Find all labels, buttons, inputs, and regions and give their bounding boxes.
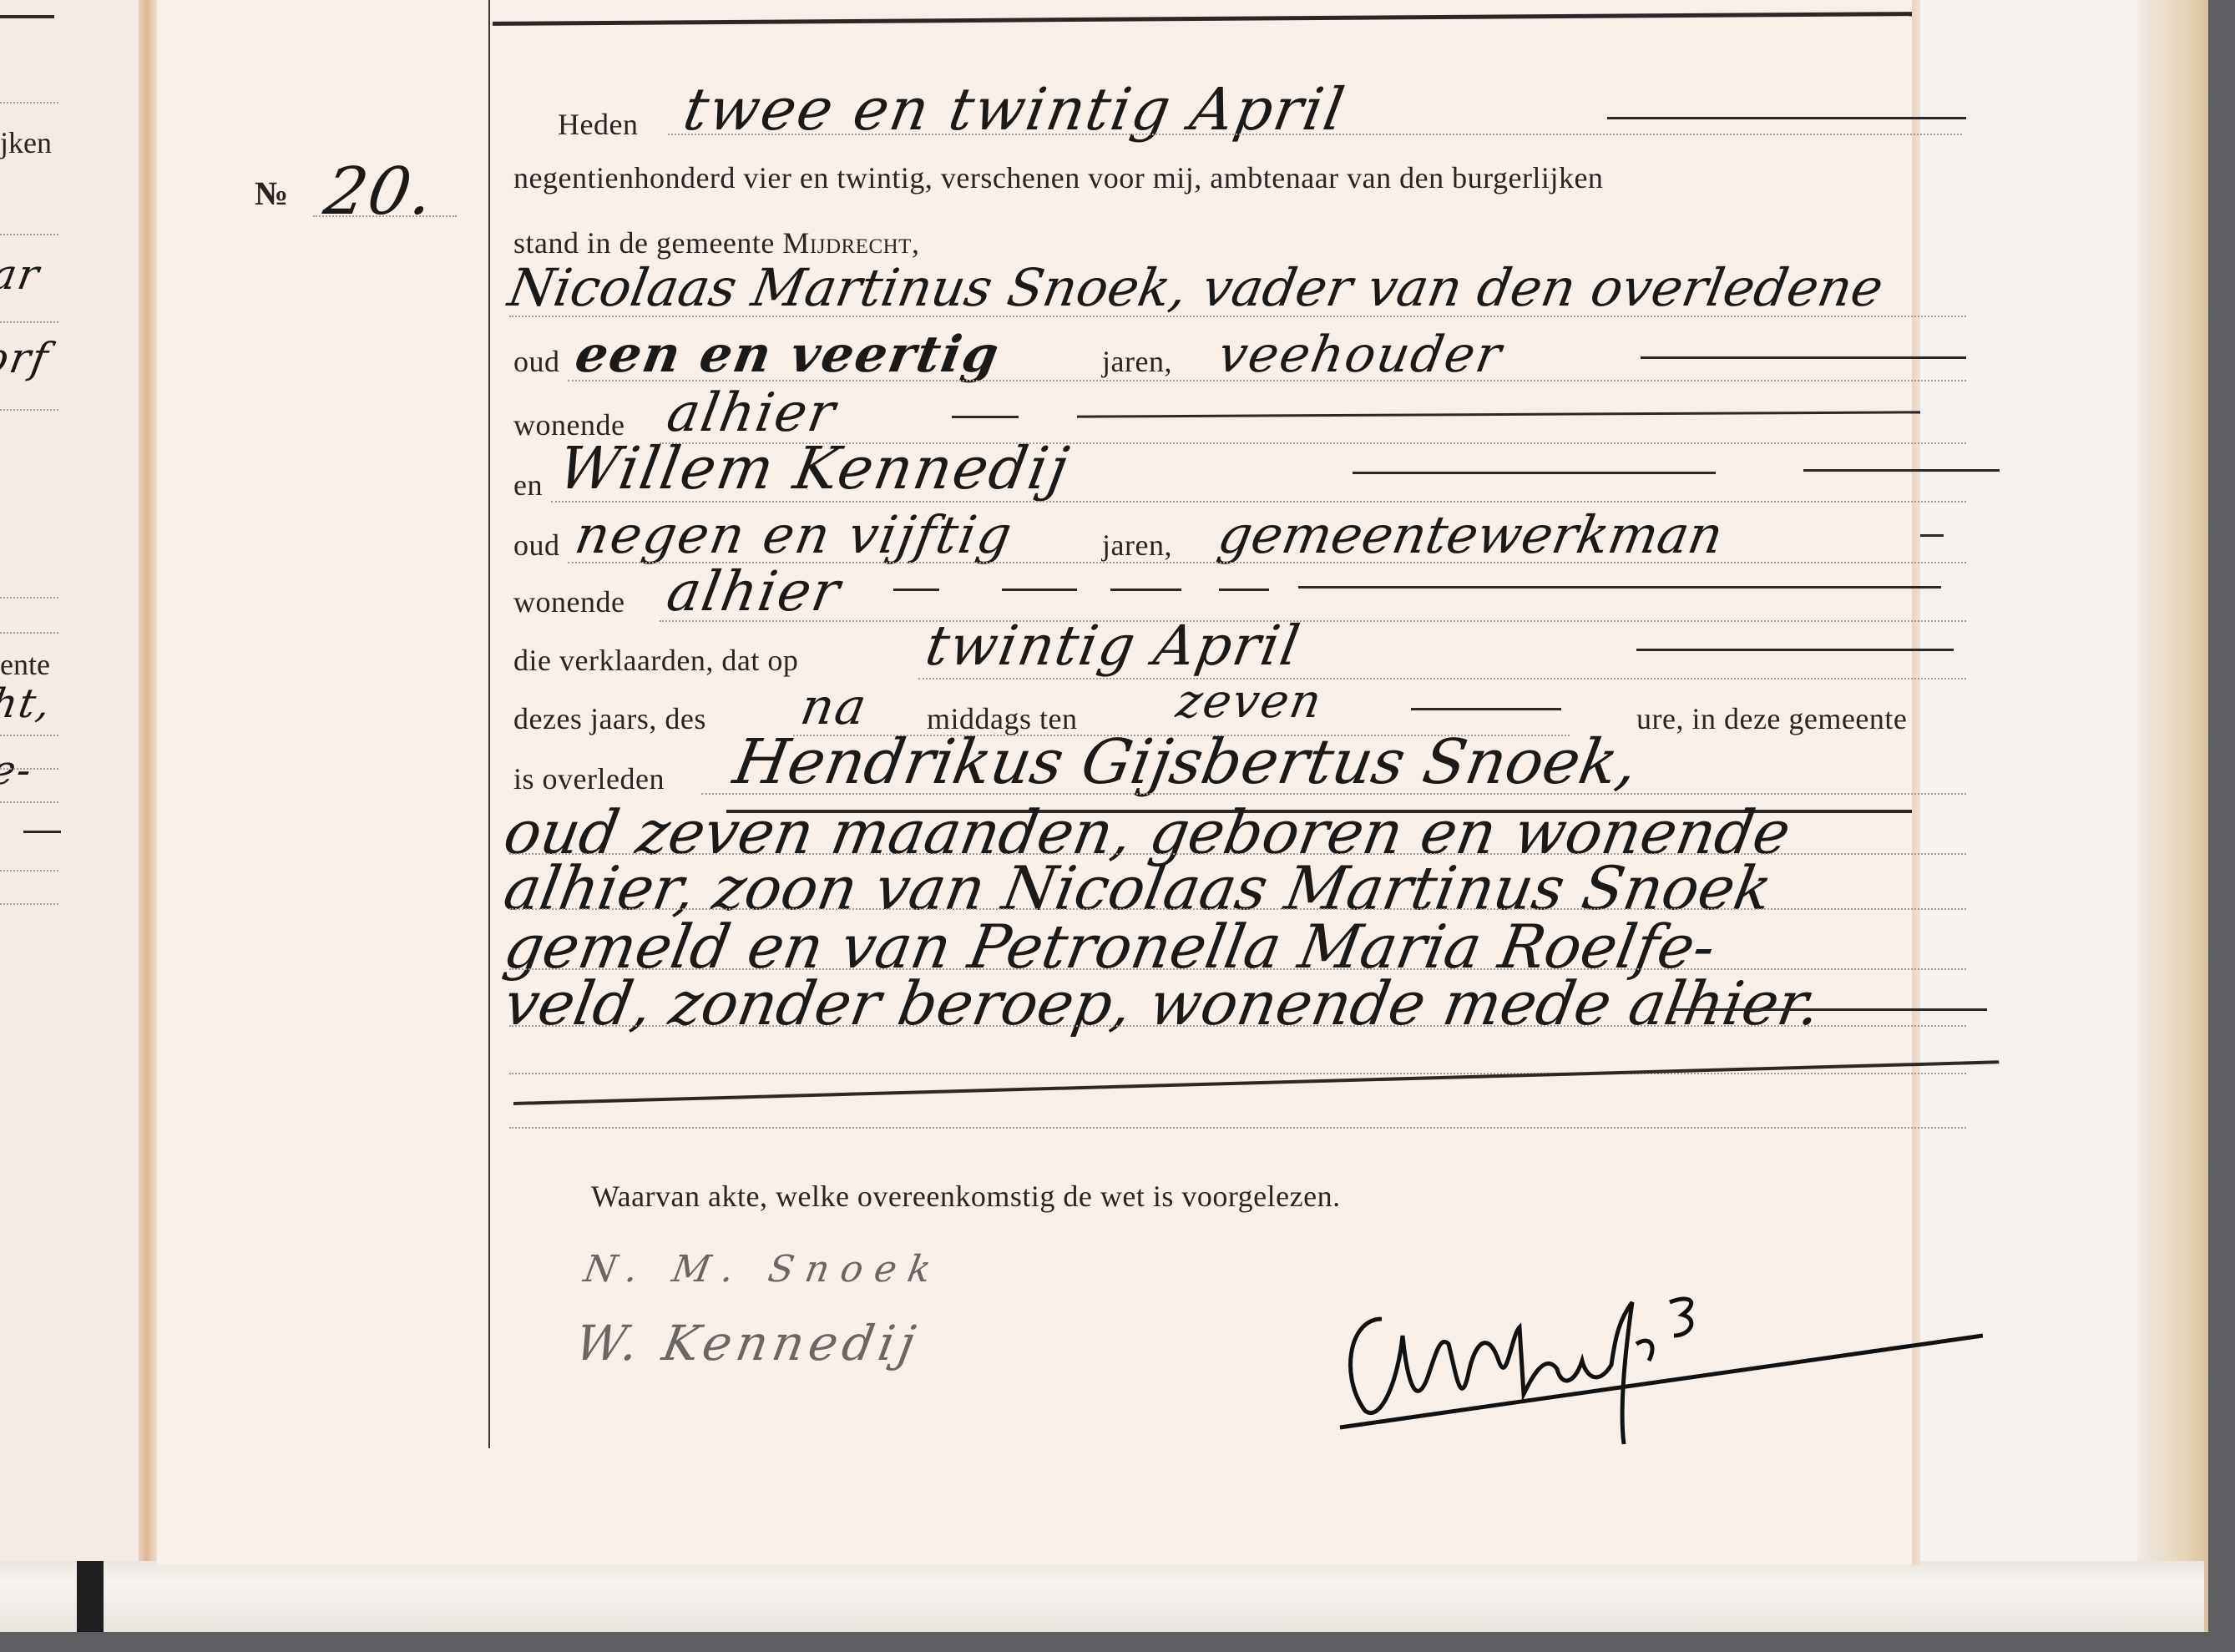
- record-number: 20.: [319, 154, 441, 230]
- printed-oud: oud: [513, 344, 560, 379]
- printed-wonende2: wonende: [513, 584, 624, 619]
- left-page-fragment: ht,: [0, 680, 55, 727]
- printed-line3: stand in de gemeente Mijdrecht,: [513, 225, 919, 260]
- signature-official: [1332, 1286, 1983, 1452]
- printed-verklaarden: die verklaarden, dat op: [513, 643, 798, 678]
- handwritten-line16: veld, zonder beroep, wonende mede alhier…: [499, 968, 1826, 1038]
- handwritten-age1: een en veertig: [571, 326, 1004, 384]
- handwritten-deceased-name: Hendrikus Gijsbertus Snoek,: [728, 726, 1643, 798]
- book-spine: [77, 1561, 104, 1632]
- bottom-strip: [0, 1561, 2204, 1632]
- official-signature-icon: [1332, 1286, 1983, 1452]
- handwritten-occupation1: veehouder: [1214, 326, 1507, 384]
- handwritten-age2: negen en vijftig: [571, 504, 1018, 565]
- printed-dezes-jaars: dezes jaars, des: [513, 701, 706, 736]
- handwritten-hour: zeven: [1172, 674, 1327, 729]
- printed-jaren2: jaren,: [1102, 528, 1172, 563]
- left-page-fragment: ente: [0, 647, 50, 682]
- handwritten-occupation2: gemeentewerkman: [1214, 504, 1728, 565]
- printed-en: en: [513, 467, 543, 503]
- signature-declarant1: N. M. Snoek: [581, 1248, 946, 1291]
- printed-jaren: jaren,: [1102, 344, 1172, 379]
- left-page: jken ar orf ente ht, e-: [0, 0, 142, 1561]
- left-page-fragment: e-: [0, 747, 37, 794]
- backing-sheet-edge: [2137, 0, 2208, 1632]
- handwritten-death-date: twintig April: [921, 614, 1306, 678]
- handwritten-residence2: alhier: [662, 559, 846, 624]
- printed-line2: negentienhonderd vier en twintig, versch…: [513, 160, 1603, 195]
- printed-heden: Heden: [558, 107, 638, 142]
- signature-declarant2: W. Kennedij: [571, 1315, 924, 1372]
- margin-rule: [488, 0, 490, 1448]
- municipality-name: Mijdrecht: [782, 226, 912, 260]
- book-gutter: [139, 0, 157, 1561]
- left-page-fragment: orf: [0, 334, 53, 382]
- closing-statement: Waarvan akte, welke overeenkomstig de we…: [591, 1179, 1341, 1214]
- number-label: №: [255, 174, 289, 213]
- printed-ure: ure, in deze gemeente: [1636, 701, 1907, 736]
- left-page-fragment: jken: [0, 125, 52, 160]
- handwritten-declarant1: Nicolaas Martinus Snoek, vader van den o…: [504, 257, 1888, 318]
- left-page-fragment: ar: [0, 250, 44, 299]
- printed-is-overleden: is overleden: [513, 761, 665, 796]
- printed-oud2: oud: [513, 528, 560, 563]
- handwritten-declarant2: Willem Kennedij: [554, 434, 1075, 503]
